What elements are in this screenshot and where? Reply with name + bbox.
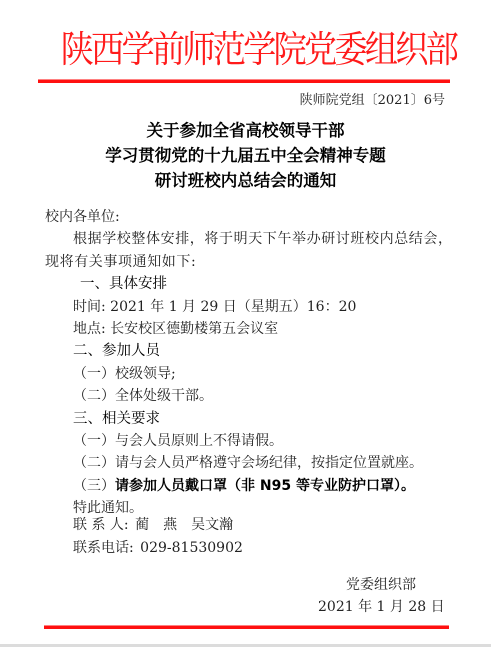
title-line: 研讨班校内总结会的通知 [0,168,491,193]
attendee-item: （二）全体处级干部。 [45,385,455,407]
requirement-item: （二）请与会人员严格遵守会场纪律，按指定位置就座。 [45,452,455,474]
document-title: 关于参加全省高校领导干部 学习贯彻党的十九届五中全会精神专题 研讨班校内总结会的… [0,118,491,193]
mask-requirement: 请参加人员戴口罩（非 N95 等专业防护口罩）。 [115,478,415,494]
document-page: 陕西学前师范学院党委组织部 陕师院党组〔2021〕6号 关于参加全省高校领导干部… [0,0,491,644]
footer-red-rule [44,625,449,629]
contact-persons: 蔺 燕 吴文瀚 [135,517,233,533]
title-line: 学习贯彻党的十九届五中全会精神专题 [0,143,491,168]
contact-info: 联 系 人: 蔺 燕 吴文瀚 联系电话: 029-81530902 [73,514,243,560]
requirement-prefix: （三） [73,478,115,494]
salutation: 校内各单位: [45,206,455,228]
signature-organization: 党委组织部 [346,574,416,596]
section-heading-arrangement: 一、具体安排 [45,273,455,295]
document-body: 校内各单位: 根据学校整体安排，将于明天下午举办研讨班校内总结会，现将有关事项通… [45,206,455,520]
requirement-item: （一）与会人员原则上不得请假。 [45,430,455,452]
requirement-item-emphasized: （三）请参加人员戴口罩（非 N95 等专业防护口罩）。 [45,475,455,497]
contact-phone: 029-81530902 [140,540,243,556]
contact-persons-line: 联 系 人: 蔺 燕 吴文瀚 [73,514,243,537]
header-red-rule [38,79,450,83]
attendee-item: （一）校级领导; [45,363,455,385]
title-line: 关于参加全省高校领导干部 [0,118,491,143]
contact-person-label: 联 系 人: [73,517,129,533]
meeting-time: 时间: 2021 年 1 月 29 日（星期五）16：20 [45,296,455,318]
meeting-location: 地点: 长安校区德勤楼第五会议室 [45,318,455,340]
section-heading-attendees: 二、参加人员 [45,340,455,362]
contact-phone-label: 联系电话: [73,540,134,556]
intro-paragraph: 根据学校整体安排，将于明天下午举办研讨班校内总结会，现将有关事项通知如下: [45,228,455,273]
document-number: 陕师院党组〔2021〕6号 [300,92,445,110]
section-heading-requirements: 三、相关要求 [45,408,455,430]
signature-date: 2021 年 1 月 28 日 [318,596,445,618]
organization-header: 陕西学前师范学院党委组织部 [61,26,432,76]
contact-phone-line: 联系电话: 029-81530902 [73,537,243,560]
